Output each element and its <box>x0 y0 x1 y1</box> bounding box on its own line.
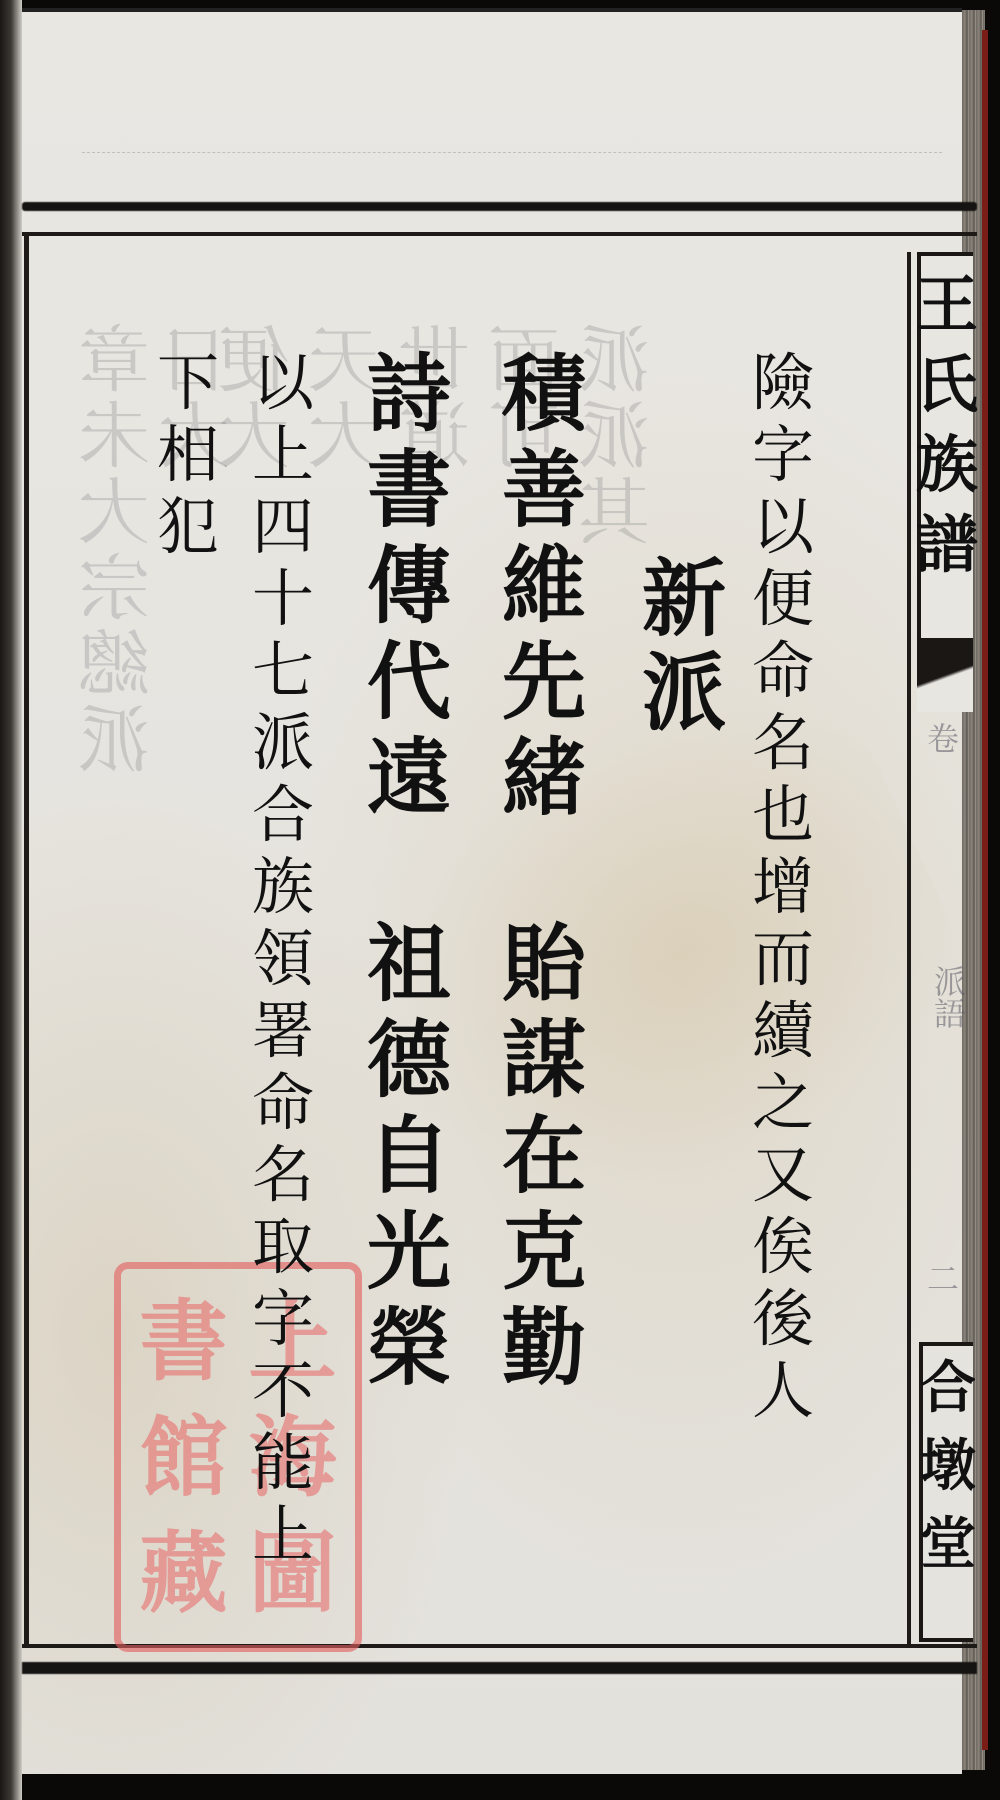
text-char: 而 <box>752 928 814 990</box>
verse-char: 謀 <box>502 1018 586 1102</box>
text-char: 四 <box>252 496 314 558</box>
text-char: 名 <box>252 1144 314 1206</box>
verse-char: 積 <box>502 352 586 436</box>
column-note-intro: 險 字 以 便 命 名 也 增 而 續 之 又 俟 後 人 <box>752 352 814 1432</box>
main-text-area: 險 字 以 便 命 名 也 增 而 續 之 又 俟 後 人 新 派 積 善 維 … <box>62 242 907 1642</box>
text-char: 以 <box>252 352 314 414</box>
text-char: 能 <box>252 1432 314 1494</box>
hall-name-box: 合 墩 堂 <box>919 1342 973 1642</box>
verse-char: 祖 <box>367 922 451 1006</box>
column-heading-new-generation: 新 派 <box>642 557 726 745</box>
verse-char: 緒 <box>502 736 586 820</box>
column-verse-2: 詩 書 傳 代 遠 祖 德 自 光 榮 <box>367 352 451 1402</box>
text-char: 命 <box>752 640 814 702</box>
heading-char: 派 <box>642 651 726 735</box>
page-number: 二 <box>921 1262 965 1297</box>
text-char: 俟 <box>752 1216 814 1278</box>
verse-char: 維 <box>502 544 586 628</box>
text-char: 字 <box>252 1288 314 1350</box>
frame-top-thin-line <box>22 232 977 236</box>
text-char: 增 <box>752 856 814 918</box>
text-char: 十 <box>252 568 314 630</box>
text-char: 派 <box>252 712 314 774</box>
margin-title-box: 王 氏 族 譜 <box>917 252 973 642</box>
book-spine-edge-left <box>0 0 22 1800</box>
text-char: 取 <box>252 1216 314 1278</box>
text-char: 犯 <box>157 496 219 558</box>
verse-char: 善 <box>502 448 586 532</box>
text-char: 族 <box>252 856 314 918</box>
margin-title-char: 族 <box>916 434 978 496</box>
text-char: 領 <box>252 928 314 990</box>
text-char: 續 <box>752 1000 814 1062</box>
text-char: 也 <box>752 784 814 846</box>
verse-char: 在 <box>502 1114 586 1198</box>
section-label: 派語 <box>921 952 965 1042</box>
frame-bottom-thick-line <box>22 1662 977 1674</box>
hall-name-char: 合 <box>920 1360 976 1416</box>
fishtail-mark <box>917 642 973 712</box>
frame-top-thick-line <box>22 202 977 211</box>
verse-char: 勤 <box>502 1306 586 1390</box>
hall-name-char: 墩 <box>920 1438 976 1494</box>
verse-char: 自 <box>367 1114 451 1198</box>
verse-char: 詩 <box>367 352 451 436</box>
verse-char: 傳 <box>367 544 451 628</box>
hall-name-char: 堂 <box>920 1516 976 1572</box>
faint-rule-top <box>82 152 942 154</box>
text-char: 後 <box>752 1288 814 1350</box>
page-margin-strip: 王 氏 族 譜 卷 派語 二 合 墩 堂 <box>911 252 977 1644</box>
text-char: 不 <box>252 1360 314 1422</box>
text-char: 合 <box>252 784 314 846</box>
document-page: 派派其 面可 世道 天大 便大 日大 章未大宗總派 上 海 圖 書 館 藏 險 … <box>22 8 962 1774</box>
heading-char: 新 <box>642 557 726 641</box>
verse-char: 光 <box>367 1210 451 1294</box>
verse-char: 代 <box>367 640 451 724</box>
frame-left-line <box>24 232 29 1648</box>
verse-char: 德 <box>367 1018 451 1102</box>
text-char: 下 <box>157 352 219 414</box>
text-char: 相 <box>157 424 219 486</box>
verse-char: 遠 <box>367 736 451 820</box>
text-char: 署 <box>252 1000 314 1062</box>
text-char: 字 <box>752 424 814 486</box>
text-char: 七 <box>252 640 314 702</box>
book-cover-edge-red <box>982 30 988 1750</box>
margin-title-char: 譜 <box>916 514 978 576</box>
verse-char: 書 <box>367 448 451 532</box>
verse-char: 貽 <box>502 922 586 1006</box>
text-char: 險 <box>752 352 814 414</box>
column-verse-1: 積 善 維 先 緒 貽 謀 在 克 勤 <box>502 352 586 1402</box>
verse-char: 先 <box>502 640 586 724</box>
column-note-summary-cont: 下 相 犯 <box>157 352 219 568</box>
text-char: 人 <box>752 1360 814 1422</box>
volume-mark: 卷 <box>921 722 965 757</box>
margin-title-char: 王 <box>916 274 978 336</box>
text-char: 便 <box>752 568 814 630</box>
text-char: 名 <box>752 712 814 774</box>
text-char: 又 <box>752 1144 814 1206</box>
margin-title-char: 氏 <box>916 354 978 416</box>
verse-char: 克 <box>502 1210 586 1294</box>
text-char: 以 <box>752 496 814 558</box>
column-note-summary: 以 上 四 十 七 派 合 族 領 署 命 名 取 字 不 能 上 <box>252 352 314 1576</box>
verse-char: 榮 <box>367 1306 451 1390</box>
text-char: 命 <box>252 1072 314 1134</box>
text-char: 上 <box>252 1504 314 1566</box>
text-char: 之 <box>752 1072 814 1134</box>
text-char: 上 <box>252 424 314 486</box>
